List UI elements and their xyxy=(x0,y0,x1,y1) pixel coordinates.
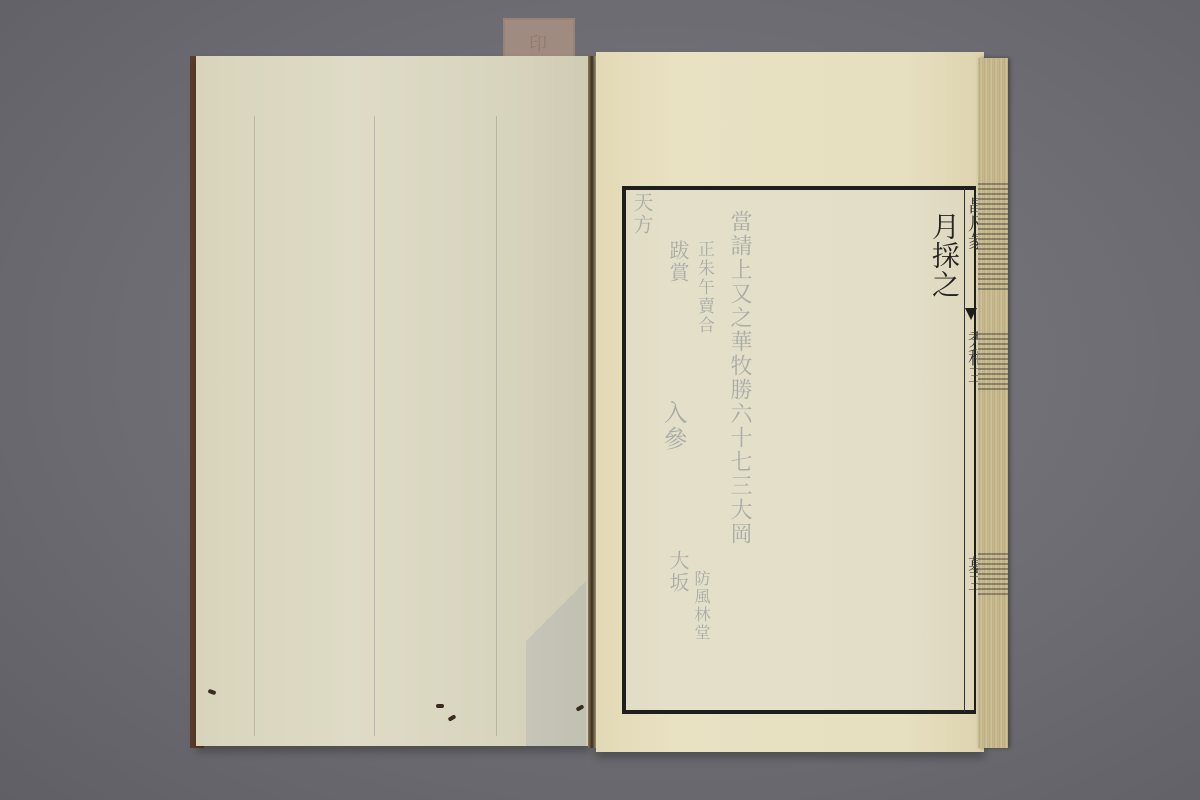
seal-glyph: 印 xyxy=(505,30,573,56)
book-gutter xyxy=(588,56,596,748)
edge-ink-mark xyxy=(978,550,1008,595)
edge-ink-mark xyxy=(978,330,1008,390)
edge-ink-mark xyxy=(978,180,1008,290)
wormhole xyxy=(448,714,457,721)
left-page xyxy=(196,56,590,746)
center-margin-strip xyxy=(964,188,979,712)
wormhole xyxy=(436,704,444,708)
fold-line xyxy=(374,116,375,736)
wormhole xyxy=(208,689,217,695)
colophon-text: 月採之 xyxy=(924,212,964,299)
fold-line xyxy=(254,116,255,736)
water-stain xyxy=(526,476,586,746)
page-block-edge xyxy=(978,58,1008,748)
print-border-frame xyxy=(622,186,976,714)
fold-line xyxy=(496,116,497,736)
